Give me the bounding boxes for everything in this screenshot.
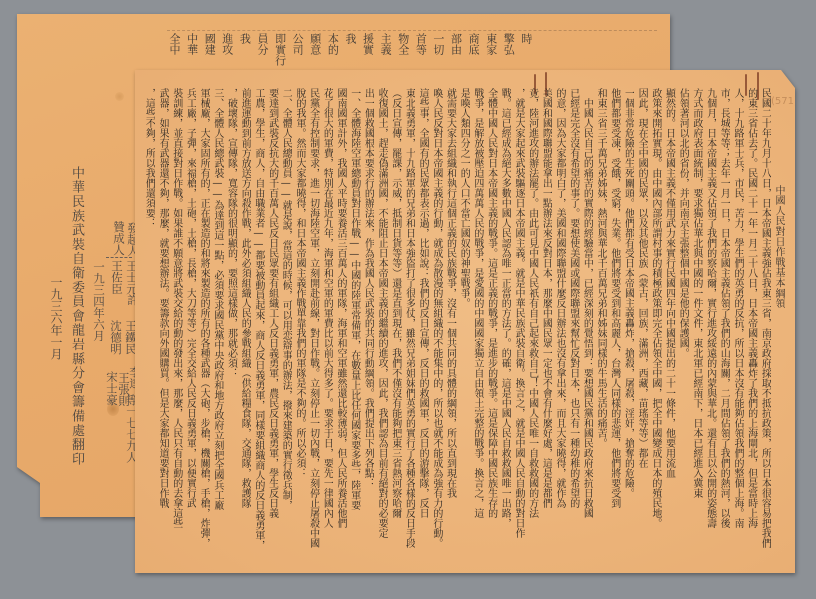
text-column: 是喚人類四分之一的人口不當亡國奴的神聖戰爭。	[457, 88, 471, 560]
text-column: 二、全體人民總動員——就是說，當這的時候，可以用恋辯事的辦法，撥來建築的實行徵兵…	[279, 88, 293, 560]
text-column: 一、全體海陸空軍總動員對日作戰——中國的陸軍常備軍，在數量上比任何國家要多些，陸…	[347, 88, 361, 560]
text-column: 佔領著河以北的省份，并向南京主張整個中國是他的保護國。	[676, 88, 690, 560]
text-column: 美國和國際聯盟能拿出一點辦法來反對日本，那麼中國民眾一定也不會有什麼好處，這是是…	[539, 88, 553, 560]
text-column: 中國人民自己的痛苦的實際的經驗當中，已經深刻的覺悟到：要想國民黨和國民政府來抗日…	[580, 88, 594, 560]
text-column: 戰爭，是解放被壓迫四萬萬人民的戰爭，是愛國的中國國家獨立自由領土完整的戰爭。換言…	[470, 88, 484, 560]
text-column: 收復國土，趕走偽滿洲國，不能阻止日本帝國主義的繼續的進攻，因此，我們認為目前有絕…	[374, 88, 388, 560]
text-column: 因此，現在全中國的民眾，以及其他民族（蒙古，回族，滿洲，西藏，苗瑤等等）都在	[634, 88, 648, 560]
text-column: ，破壞隊，宣傳隊，寬容隊的很明顯的，要照這樣做，那就必須：	[224, 88, 238, 560]
text-column: 兵工廠，子彈，來福槍，土砲，土槍，長槍，大刀等等）完全交給人民反日義勇軍，以便實…	[183, 88, 197, 560]
text-column: 脫的我軍。然而大家都曉得，和日本帝國主義作戰單靠我們的軍隊是不夠的。所以必須：	[292, 88, 306, 560]
text-column: ，就是大家起來武裝驅逐日本帝國主義。就是中華民族武裝自衛。換言之，就是中國人民自…	[511, 88, 525, 560]
text-column: ，這些不夠，所以我們還須要：	[142, 88, 156, 560]
text-column: 竟，陸河進攻的辦法罷了。由此可見中國人民祇有自己起來救自己！中國人民唯一自救救國…	[525, 88, 539, 560]
text-column: 出一個救國根本要求行的辦法來，作為我國人民武裝的共同行動綱領。我們提出下列各點：	[361, 88, 375, 560]
text-column: 顯然的。日本帝國主義不僅用武力來實行民國四年向中國提出的二十一條件，他要用流血	[662, 88, 676, 560]
text-column: 的意，因為大家都明白了，美國和國際聯盟什麼反日辦法也沒有拿出來，而且大家曉得，就…	[552, 88, 566, 560]
text-column: 和東三省三千萬兄弟姊妹，熱河與華北千百萬兄弟和姊妹同樣的牛馬生活的痛苦。	[593, 88, 607, 560]
text-column: 工農，學生，商人，自由職業者——都要被動員起來，商人反日義勇軍，同樣要組織商人的…	[251, 88, 265, 560]
text-column: 喚人民反對日本帝國主義的行動，就成為散漫的無組織的不能集中的，所以也就不能成為強…	[429, 88, 443, 560]
text-column: 人，十九路軍士兵，市民，苦力，學生們的英勇的反抗，所以日本沒有能夠佔領我們的整個…	[730, 88, 744, 560]
text-column: 方式而政府表面統制，要求獨佔華北與中國的一件文件，東北軍已經南下，日本已經進入冀…	[689, 88, 703, 560]
text-column: 全體中國人民對日本帝國主義的戰爭。這是正義的戰爭，是進步的戰爭。這是保障中國民族…	[484, 88, 498, 560]
text-column: 戰。這已經成為絕大多數中國人民認為唯一正當的方法了。的確，這是中國人民自救救國唯…	[498, 88, 512, 560]
text-column: 民國二十年九月十八日，日本帝國主義強佔我東三省，南京政府採取不抵抗政策，所以日本…	[758, 88, 772, 560]
text-column: 政策來開拓實現。由中國內部所謂村事的積極政策即完全佔領全中國，把全中國變成日本的…	[648, 88, 662, 560]
text-column: 就需要大家去組織和執行這個正義的民族戰爭，沒有一個共同的具體的綱領，所以直到現在…	[443, 88, 457, 560]
text-column: 裝訓練，並直接對日作戰。如果誰不願意將武裝交給的動的發出來，那麼，人民只有自動的…	[169, 88, 183, 560]
text-column: 市，長城等等；去年一月一日，日本帝國主義佔領了我們的山海關，二月間佔領了我們的熱…	[717, 88, 731, 560]
front-page-wrapper: (571) 中國人民對日作戰基本綱領 民國二十年九月十八日，日本帝國主義強佔我東…	[0, 0, 816, 599]
text-column: 民黨全有控制要求，進一切海陸空軍，立刻開赴前線，對日作戰。立刻停止一切內戰，立刻…	[306, 88, 320, 560]
text-column: 花了很大的軍費，特別在最近九年，海軍和空軍的軍費比以前大得多了。要求于日，要先一…	[320, 88, 334, 560]
text-column: 要達到武裝反抗大的千百萬人民反日民眾要有組織工人反日義勇軍，農民反日義勇軍，學生…	[265, 88, 279, 560]
text-column: 他們都要受凍，受餓，受窮，失業。他們將要受到和高麗人，台灣人同樣的悲運，他們將要…	[607, 88, 621, 560]
text-column: 武器，如果有武器還不夠，那麼，就要想辦法。要籌款向外國購買。但是大家都知道要對日…	[155, 88, 169, 560]
text-column: 這些事，全國有的民眾都表示過，比如說：我們的反日宣傳，反日的救國軍，反日的游擊隊…	[415, 88, 429, 560]
text-column: 前進運動到前方放送方向殺作戰，此外必須組織人民的參戰組織（供給糧食隊，交通隊，救…	[238, 88, 252, 560]
document-title: 中國人民對日作戰基本綱領	[771, 88, 785, 560]
text-column: 一個非常危險的生死關頭。他們都有受日本帝國主義轟炸，搶殺，屠殺，淫奸，搶奪的危險…	[621, 88, 635, 560]
text-column: 國南國軍計外，我國人平時要養活三百萬人的軍隊，海軍和空軍雖然還比較薄弱，但人民所…	[333, 88, 347, 560]
front-page: (571) 中國人民對日作戰基本綱領 民國二十年九月十八日，日本帝國主義強佔我東…	[135, 70, 795, 573]
text-column: 軍械廠，大家固所有的，正在製造的和將來製造的所有的各種武器（大砲，步槍，機關槍，…	[196, 88, 210, 560]
text-column: 東北義勇軍，十九路軍的兄弟和日本強盜打了很多仗，雖然兄弟姐妹們英勇的實行了各種各…	[402, 88, 416, 560]
text-column: （反日宣傳，罷課，示威，抵制日貨等等）還是直到現在，我們不僅沒有能夠把東三省熱河…	[388, 88, 402, 560]
text-column: 九個月，日本帝國主義又佔領了我們的察哈爾，實行進攻綏遠的內蒙與華北。還有且以公開…	[703, 88, 717, 560]
text-column: 的東三省佔去了。民國二十一年一月二十八日，日本帝國主義轟炸了我們的上海閘北，但是…	[744, 88, 758, 560]
front-page-text-body: 中國人民對日作戰基本綱領 民國二十年九月十八日，日本帝國主義強佔我東三省，南京政…	[142, 88, 785, 560]
text-column: 三、全體人民總武裝——為達到這一點，必須要求國民黨中央政府和地方政府立刻把全國兵…	[210, 88, 224, 560]
text-column: 已經是完全沒有希望的事了。要想使美國或國際聯盟來幫忙反對日本，也只有一種幼稚的希…	[566, 88, 580, 560]
